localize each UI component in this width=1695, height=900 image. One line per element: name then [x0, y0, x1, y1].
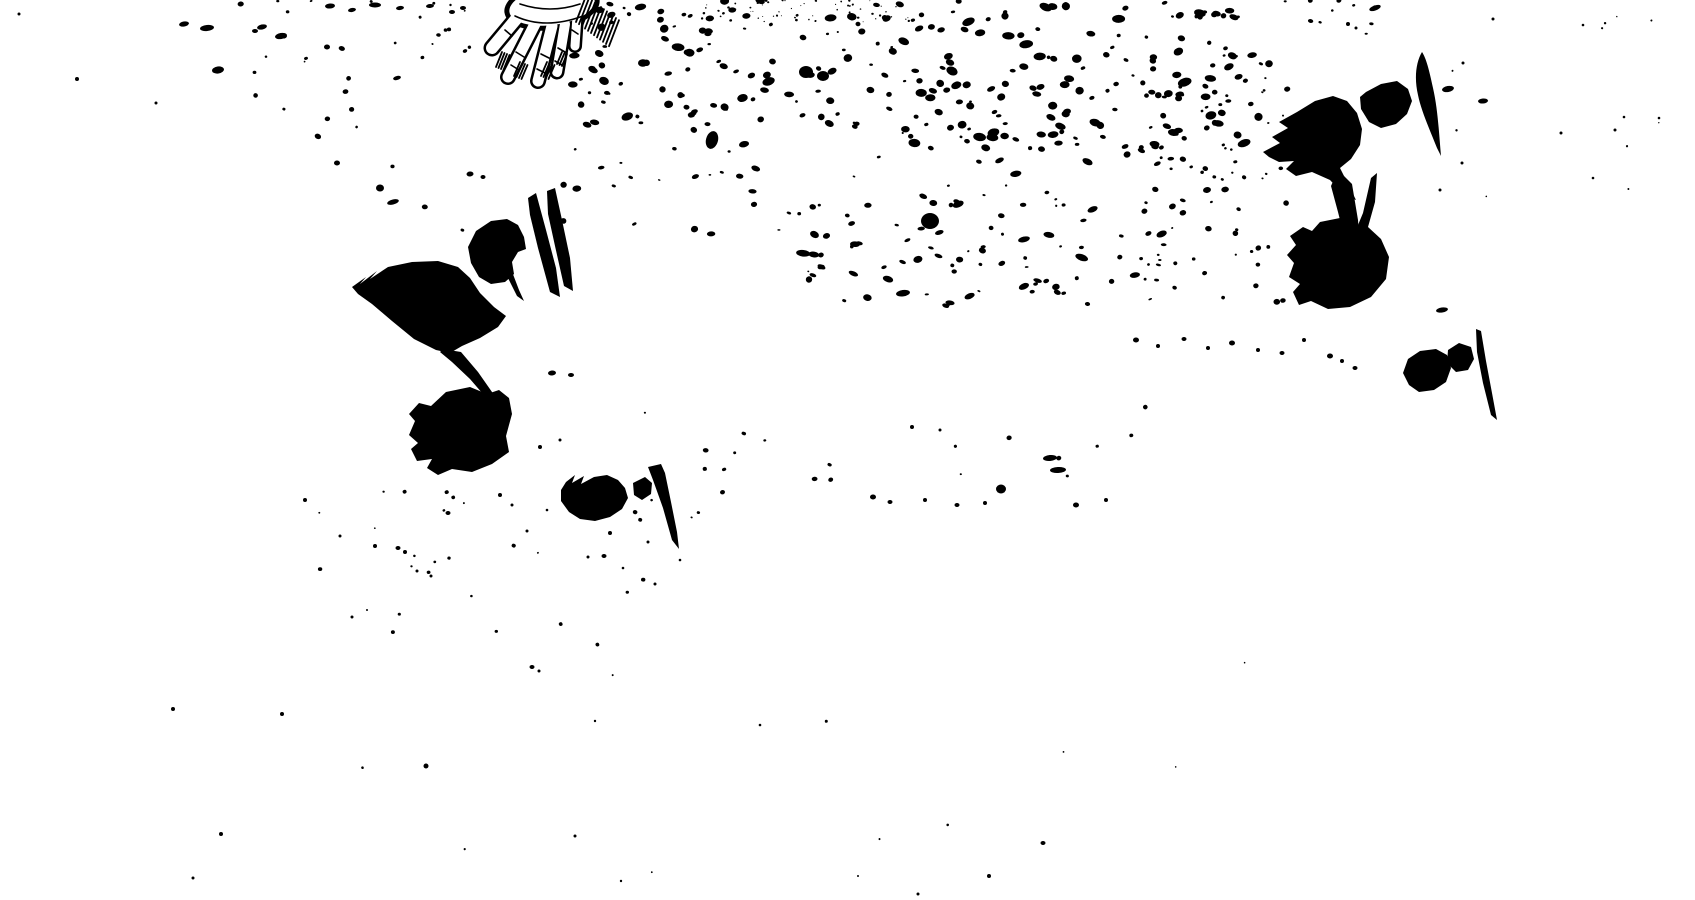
paper-background [0, 0, 1695, 900]
manga-panel [0, 0, 1695, 900]
artwork-canvas [0, 0, 1695, 900]
